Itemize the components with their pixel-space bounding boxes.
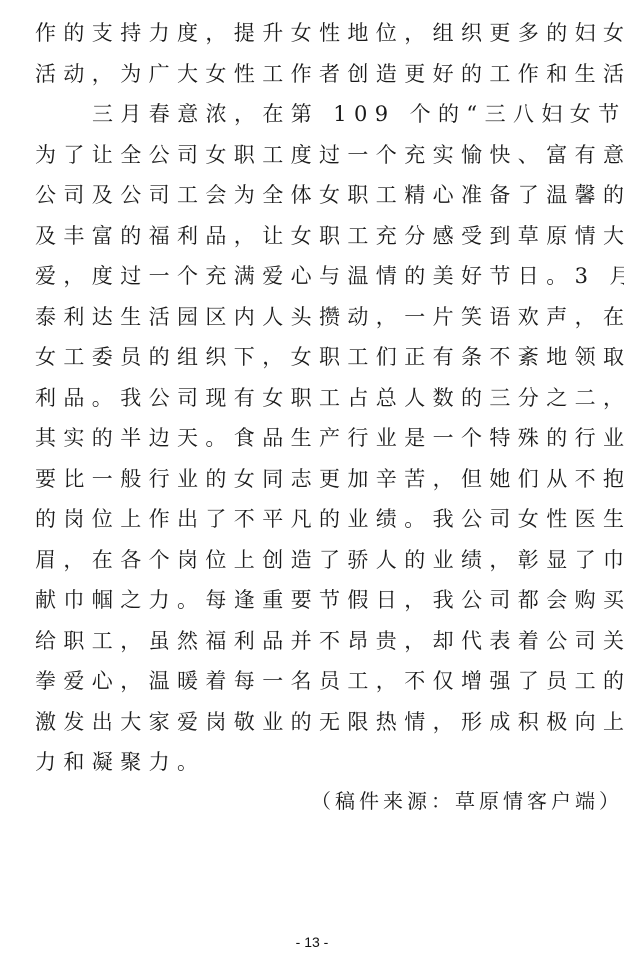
paragraph-start-line: 三月春意浓，在第 109 个的“三八妇女节”来临之际， bbox=[35, 94, 581, 135]
document-page: 作的支持力度，提升女性地位，组织更多的妇女文化和娱乐 活动，为广大女性工作者创造… bbox=[0, 0, 624, 974]
text-line: 眉，在各个岗位上创造了骄人的业绩，彰显了巾帼之美、奉 bbox=[35, 540, 581, 581]
text-line: 利品。我公司现有女职工占总人数的三分之二，是公司名副 bbox=[35, 378, 581, 419]
text-line: 及丰富的福利品，让女职工充分感受到草原情大家庭的关 bbox=[35, 216, 581, 257]
article-body: 作的支持力度，提升女性地位，组织更多的妇女文化和娱乐 活动，为广大女性工作者创造… bbox=[35, 13, 581, 783]
text-line: 给职工，虽然福利品并不昂贵，却代表着公司关怀员工的拳 bbox=[35, 621, 581, 662]
text-line: 作的支持力度，提升女性地位，组织更多的妇女文化和娱乐 bbox=[35, 13, 581, 54]
text-line: 其实的半边天。食品生产行业是一个特殊的行业，女性职工 bbox=[35, 418, 581, 459]
text-line: 拳爱心，温暖着每一名员工，不仅增强了员工的归属感，也 bbox=[35, 661, 581, 702]
text-line: 激发出大家爱岗敬业的无限热情，形成积极向上的企业向心 bbox=[35, 702, 581, 743]
text-line: 要比一般行业的女同志更加辛苦，但她们从不抱怨，在平凡 bbox=[35, 459, 581, 500]
text-line: 女工委员的组织下，女职工们正有条不紊地领取着节日的福 bbox=[35, 337, 581, 378]
text-line: 爱，度过一个充满爱心与温情的美好节日。3 月 7 日下午， bbox=[35, 256, 581, 297]
text-line: 为了让全公司女职工度过一个充实愉快、富有意义的节日， bbox=[35, 135, 581, 176]
text-line: 的岗位上作出了不平凡的业绩。我公司女性医生巾帼不让须 bbox=[35, 499, 581, 540]
page-number: - 13 - bbox=[0, 934, 624, 950]
article-source: （稿件来源：草原情客户端） bbox=[311, 781, 623, 821]
text-line: 献巾帼之力。每逢重要节假日，我公司都会购买福利品发放 bbox=[35, 580, 581, 621]
text-line: 活动，为广大女性工作者创造更好的工作和生活环境。 bbox=[35, 54, 581, 95]
text-line: 公司及公司工会为全体女职工精心准备了温馨的节日祝福 bbox=[35, 175, 581, 216]
text-line: 力和凝聚力。 bbox=[35, 742, 581, 783]
text-line: 泰利达生活园区内人头攒动，一片笑语欢声，在工会主席及 bbox=[35, 297, 581, 338]
